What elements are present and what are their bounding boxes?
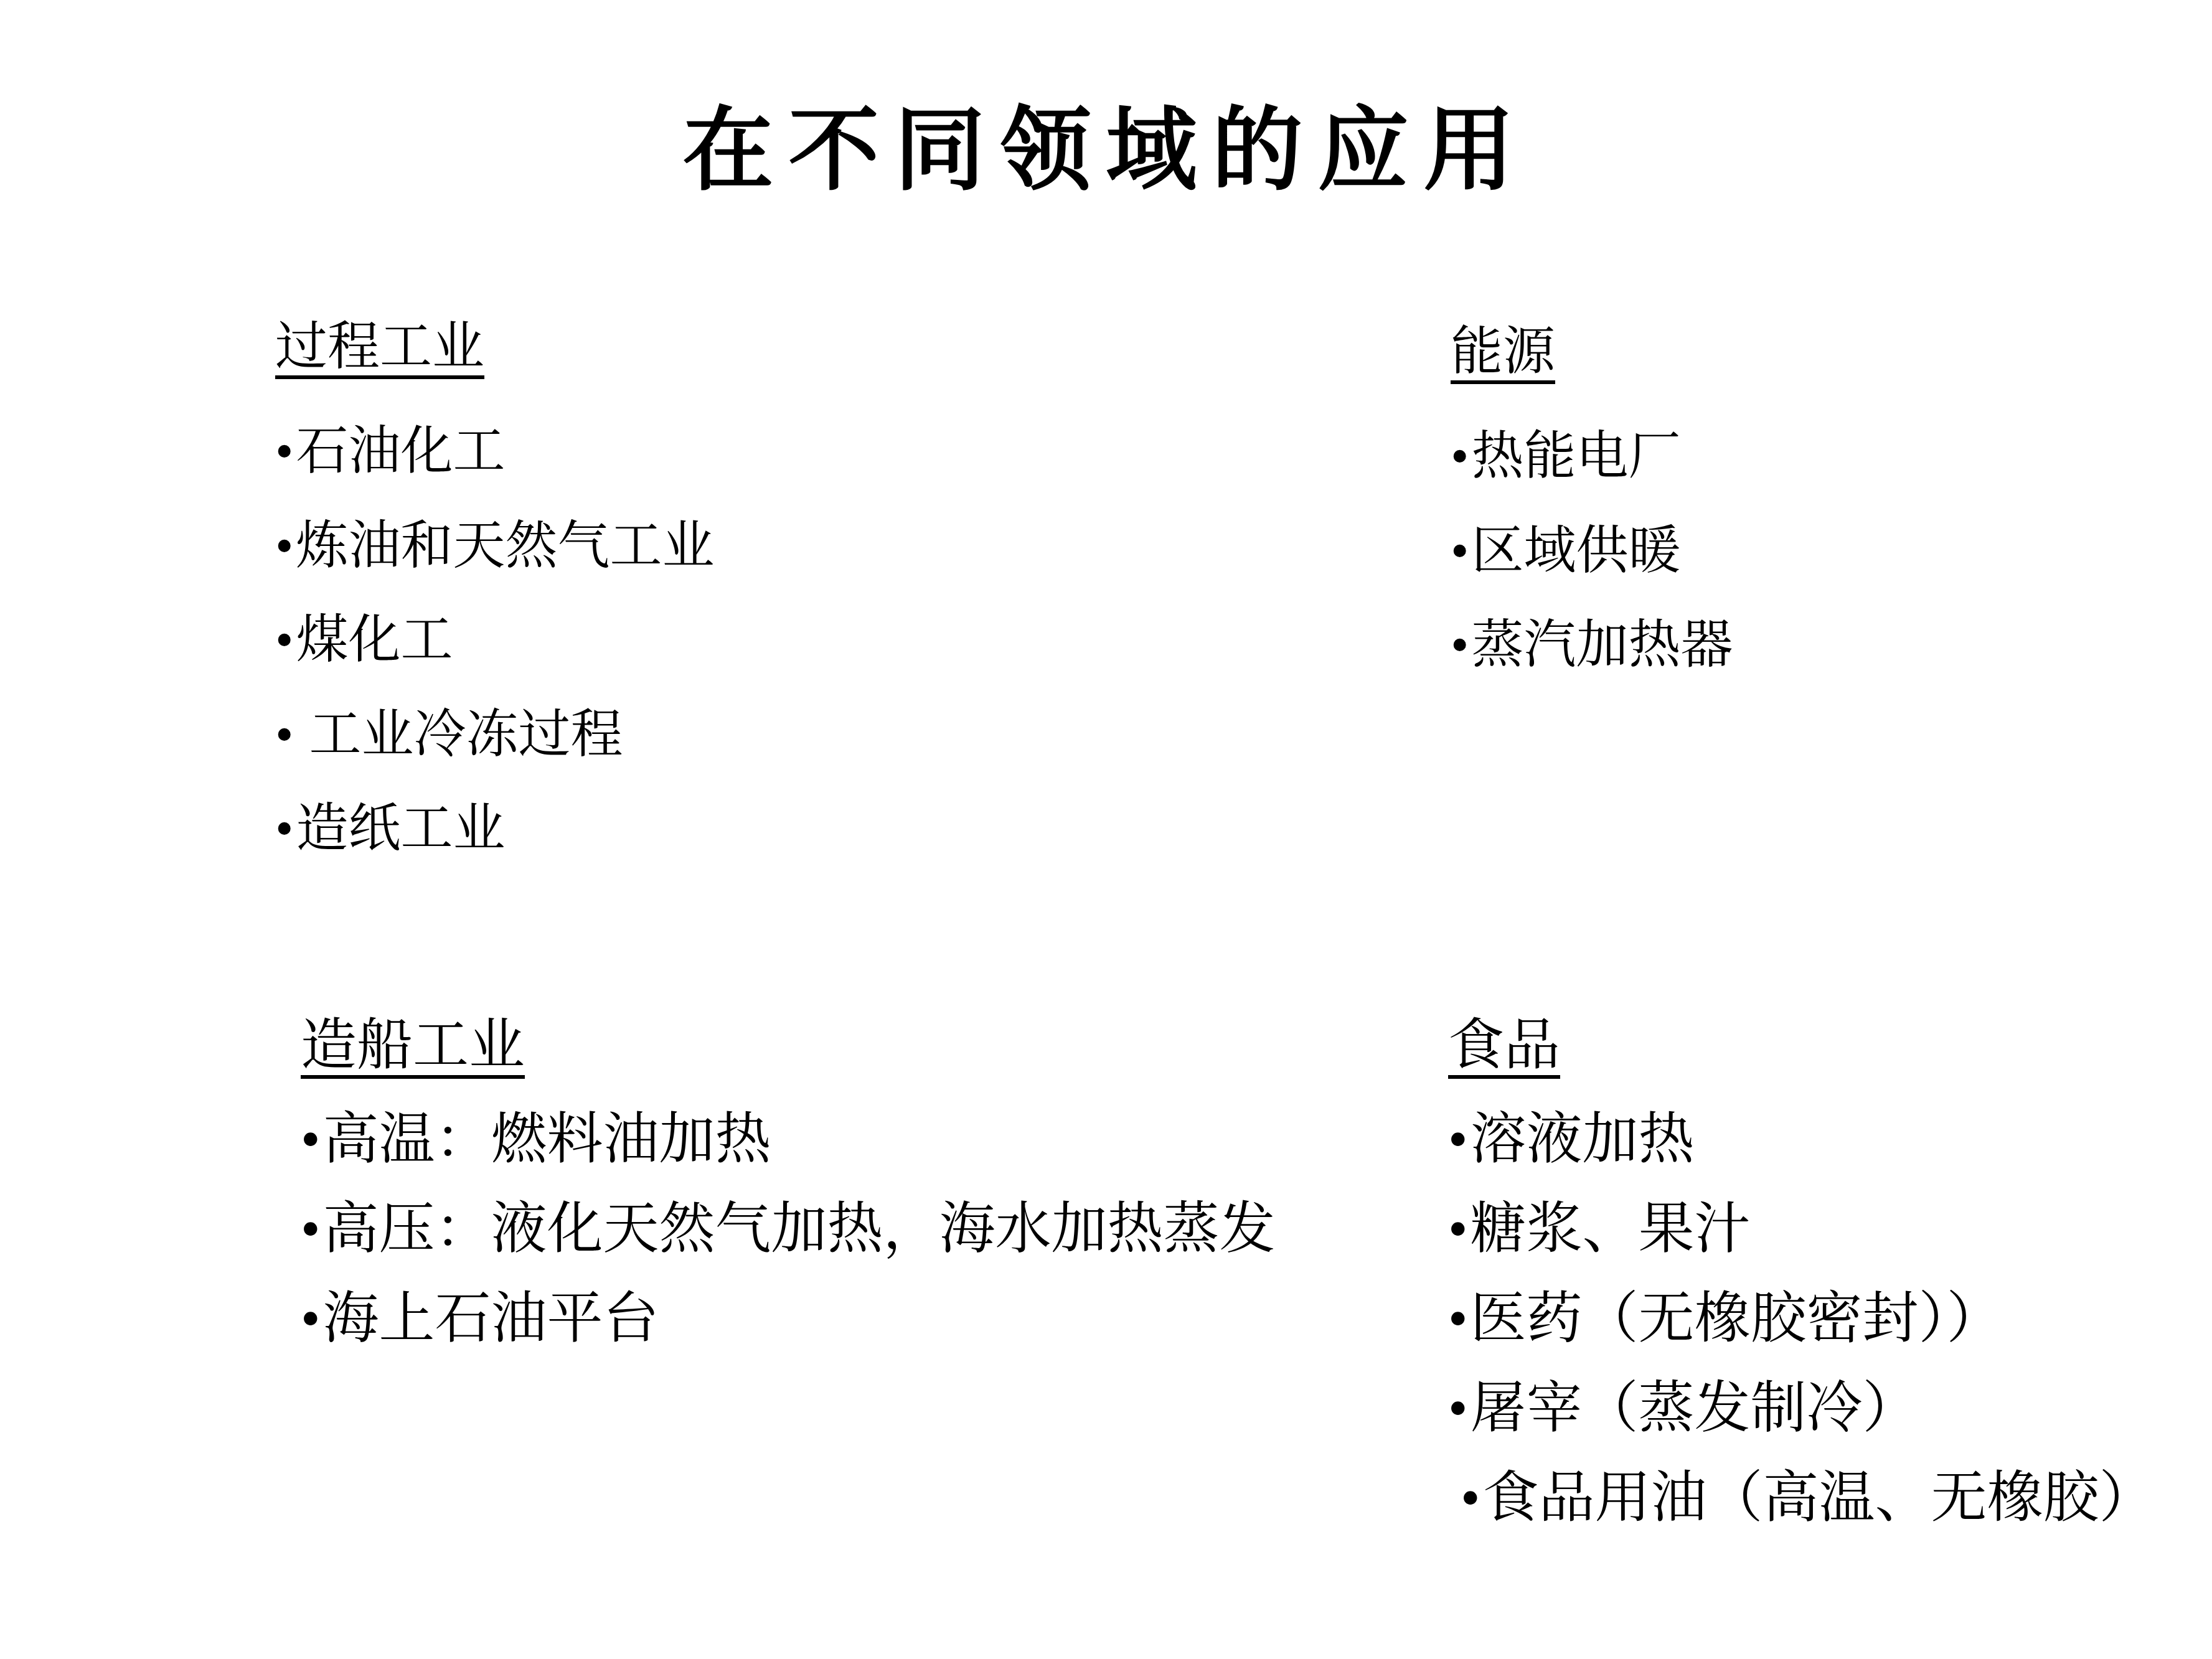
list-item-label: 溶液加热 [1471,1109,1695,1170]
bullet-icon: • [301,1109,321,1170]
list-item-label: 煤化工 [296,611,453,669]
section-energy: 能源 •热能电厂 •区域供暖 •蒸汽加热器 [1451,324,1733,712]
bullet-icon: • [1448,1109,1468,1170]
list-item: •高压：液化天然气加热，海水加热蒸发 [301,1198,1276,1260]
section-heading-energy: 能源 [1451,324,1555,381]
list-item: •蒸汽加热器 [1451,617,1733,674]
list-item-label: 高压：液化天然气加热，海水加热蒸发 [323,1198,1276,1260]
bullet-icon: • [1448,1198,1468,1260]
section-heading-shipbuilding-industry: 造船工业 [301,1015,525,1076]
list-item: •石油化工 [275,423,714,481]
list-item: •高温：燃料油加热 [301,1109,1276,1170]
list-item: •造纸工业 [275,801,714,858]
list-item-label: 热能电厂 [1471,428,1680,486]
process-industry-list: •石油化工 •炼油和天然气工业 •煤化工 • 工业冷冻过程 •造纸工业 [275,423,714,858]
list-item-label: 工业冷冻过程 [296,706,623,764]
slide: 在不同领域的应用 过程工业 •石油化工 •炼油和天然气工业 •煤化工 • 工业冷… [0,0,2212,1659]
list-item: •炼油和天然气工业 [275,518,714,575]
list-item: •区域供暖 [1451,523,1733,580]
bullet-icon: • [275,801,293,858]
list-item-label: 石油化工 [296,423,505,481]
shipbuilding-list: •高温：燃料油加热 •高压：液化天然气加热，海水加热蒸发 •海上石油平台 [301,1109,1276,1350]
list-item: • 工业冷冻过程 [275,707,714,764]
bullet-icon: • [275,707,293,764]
bullet-icon: • [275,518,293,575]
list-item-label: 造纸工业 [296,800,505,858]
bullet-icon: • [1451,428,1469,486]
section-heading-process-industry: 过程工业 [275,319,484,376]
list-item: •煤化工 [275,612,714,669]
bullet-icon: • [301,1288,321,1350]
list-item-label: 屠宰（蒸发制冷） [1471,1378,1919,1439]
list-item: •热能电厂 [1451,428,1733,486]
section-heading-food: 食品 [1448,1015,1560,1076]
bullet-icon: • [301,1198,321,1260]
section-food: 食品 •溶液加热 •糖浆、果汁 •医药（无橡胶密封）） •屠宰（蒸发制冷） •食… [1448,1015,2155,1557]
list-item: •糖浆、果汁 [1448,1198,2155,1260]
bullet-icon: • [1461,1467,1480,1529]
food-list: •溶液加热 •糖浆、果汁 •医药（无橡胶密封）） •屠宰（蒸发制冷） •食品用油… [1448,1109,2155,1529]
list-item-label: 区域供暖 [1471,522,1680,580]
bullet-icon: • [1451,617,1469,674]
list-item: •屠宰（蒸发制冷） [1448,1378,2155,1439]
bullet-icon: • [1448,1378,1468,1439]
list-item: •海上石油平台 [301,1288,1276,1350]
section-shipbuilding-industry: 造船工业 •高温：燃料油加热 •高压：液化天然气加热，海水加热蒸发 •海上石油平… [301,1015,1276,1378]
list-item-label: 医药（无橡胶密封）） [1471,1288,2003,1350]
list-item: •医药（无橡胶密封）） [1448,1288,2155,1350]
bullet-icon: • [1451,523,1469,580]
list-item-label: 食品用油（高温、无橡胶） [1483,1467,2155,1529]
bullet-icon: • [1448,1288,1468,1350]
list-item: •溶液加热 [1448,1109,2155,1170]
energy-list: •热能电厂 •区域供暖 •蒸汽加热器 [1451,428,1733,674]
list-item-label: 炼油和天然气工业 [296,517,714,575]
list-item: •食品用油（高温、无橡胶） [1448,1467,2155,1529]
list-item-label: 糖浆、果汁 [1471,1198,1751,1260]
list-item-label: 高温：燃料油加热 [323,1109,771,1170]
page-title: 在不同领域的应用 [0,92,2212,210]
section-process-industry: 过程工业 •石油化工 •炼油和天然气工业 •煤化工 • 工业冷冻过程 •造纸工业 [275,319,714,895]
bullet-icon: • [275,612,293,669]
list-item-label: 蒸汽加热器 [1471,616,1733,674]
list-item-label: 海上石油平台 [323,1288,659,1350]
bullet-icon: • [275,423,293,481]
